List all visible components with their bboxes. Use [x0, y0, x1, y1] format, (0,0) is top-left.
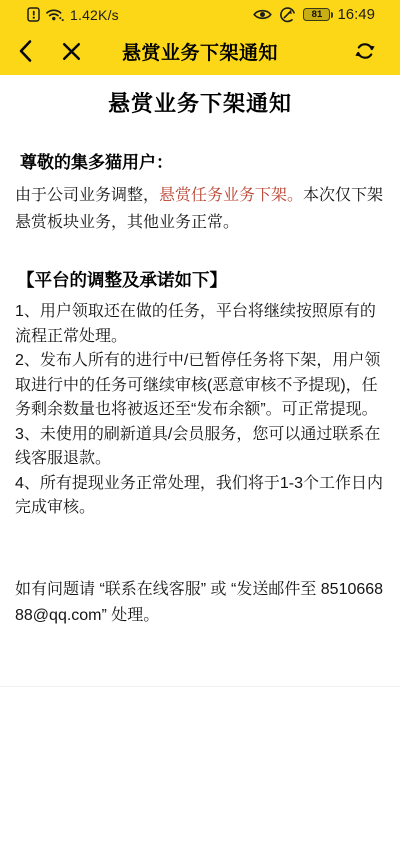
- greeting: 尊敬的集多猫用户：: [20, 148, 385, 173]
- notice-item-list: 1、用户领取还在做的任务，平台将继续按照原有的流程正常处理。 2、发布人所有的进…: [15, 300, 385, 521]
- back-icon: [18, 39, 33, 63]
- notice-item-1: 1、用户领取还在做的任务，平台将继续按照原有的流程正常处理。: [15, 300, 385, 349]
- battery-nub: [331, 12, 334, 18]
- status-bar-left: 1.42K/s: [27, 7, 119, 23]
- intro-text-before: 由于公司业务调整，: [15, 187, 159, 204]
- eye-visibility-icon: [253, 8, 272, 21]
- notice-item-3: 3、未使用的刷新道具/会员服务，您可以通过联系在线客服退款。: [15, 423, 385, 472]
- back-button[interactable]: [8, 34, 42, 68]
- footer-note: 如有问题请 “联系在线客服” 或 “发送邮件至 851066888@qq.com…: [15, 577, 385, 629]
- battery-icon: 81: [303, 8, 330, 21]
- empty-area: [0, 687, 400, 866]
- battery-level: 81: [312, 9, 323, 20]
- status-time: 16:49: [337, 6, 375, 23]
- refresh-button[interactable]: [348, 34, 382, 68]
- notice-card: 悬赏业务下架通知 尊敬的集多猫用户： 由于公司业务调整，悬赏任务业务下架。本次仅…: [0, 75, 400, 687]
- close-button[interactable]: [54, 34, 88, 68]
- nav-bar: 悬赏业务下架通知: [0, 27, 400, 75]
- wifi-icon: [46, 8, 64, 22]
- status-bar: 1.42K/s 81 16:49: [0, 0, 400, 27]
- intro-highlight: 悬赏任务业务下架。: [159, 187, 303, 204]
- notice-item-4: 4、所有提现业务正常处理，我们将于1-3个工作日内完成审核。: [15, 472, 385, 521]
- network-speed: 1.42K/s: [70, 7, 119, 23]
- notice-title: 悬赏业务下架通知: [15, 92, 385, 115]
- app-screen: 1.42K/s 81 16:49: [0, 0, 400, 866]
- refresh-icon: [354, 40, 376, 62]
- close-icon: [62, 42, 81, 61]
- intro-paragraph: 由于公司业务调整，悬赏任务业务下架。本次仅下架悬赏板块业务，其他业务正常。: [15, 182, 385, 236]
- status-bar-right: 81 16:49: [253, 6, 375, 23]
- data-saver-icon: [279, 6, 296, 23]
- notice-item-2: 2、发布人所有的进行中/已暂停任务将下架，用户领取进行中的任务可继续审核(恶意审…: [15, 349, 385, 423]
- sim-alert-icon: [27, 7, 40, 22]
- section-title: 【平台的调整及承诺如下】: [17, 267, 385, 292]
